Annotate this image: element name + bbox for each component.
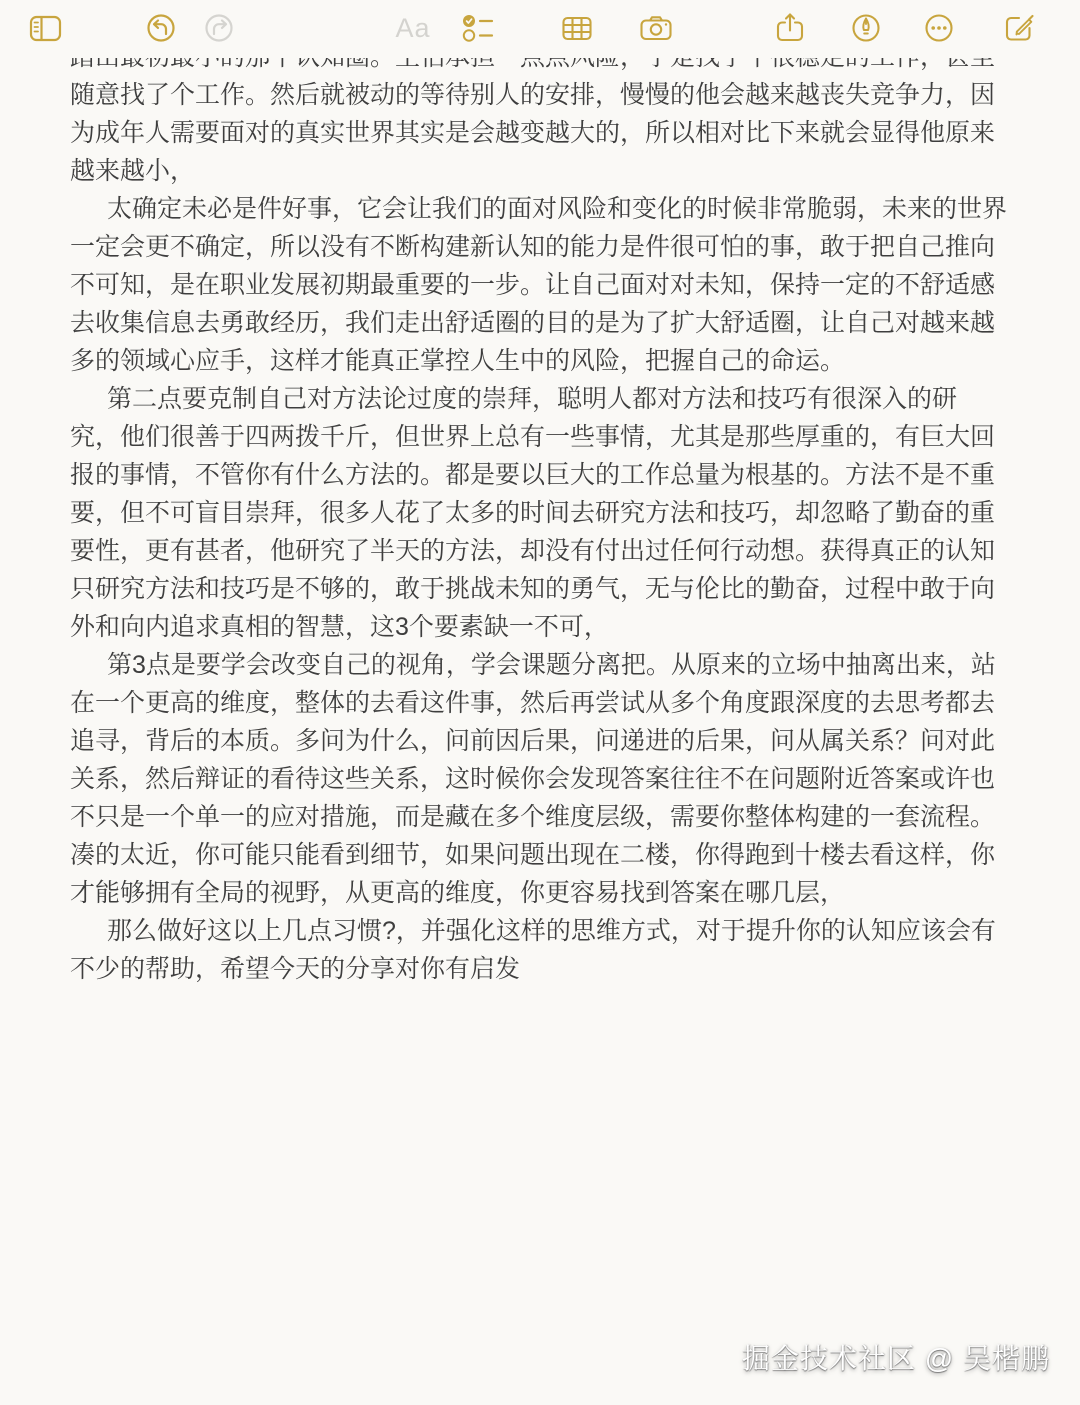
note-text-line: 才能够拥有全局的视野，从更高的维度，你更容易找到答案在哪几层， bbox=[70, 874, 1010, 912]
sidebar-toggle-button[interactable] bbox=[26, 9, 64, 47]
undo-icon bbox=[142, 9, 180, 47]
notes-toolbar: Aa bbox=[0, 0, 1080, 58]
text-format-button[interactable]: Aa bbox=[385, 9, 441, 47]
note-text-line: 在一个更高的维度，整体的去看这件事，然后再尝试从多个角度跟深度的去思考都去 bbox=[70, 684, 1010, 722]
note-text-line: 要，但不可盲目崇拜，很多人花了太多的时间去研究方法和技巧，却忽略了勤奋的重 bbox=[70, 494, 1010, 532]
note-text-line: 那么做好这以上几点习惯?，并强化这样的思维方式，对于提升你的认知应该会有 bbox=[70, 912, 1010, 950]
note-text-line: 太确定未必是件好事，它会让我们的面对风险和变化的时候非常脆弱，未来的世界 bbox=[70, 190, 1010, 228]
note-text-line: 报的事情，不管你有什么方法的。都是要以巨大的工作总量为根基的。方法不是不重 bbox=[70, 456, 1010, 494]
share-icon bbox=[771, 9, 809, 47]
share-button[interactable] bbox=[771, 9, 809, 47]
note-text-line: 第二点要克制自己对方法论过度的崇拜，聪明人都对方法和技巧有很深入的研 bbox=[70, 380, 1010, 418]
note-text-line: 多的领域心应手，这样才能真正掌控人生中的风险，把握自己的命运。 bbox=[70, 342, 1010, 380]
note-text-line: 不只是一个单一的应对措施，而是藏在多个维度层级，需要你整体构建的一套流程。 bbox=[70, 798, 1010, 836]
note-text-line: 越来越小， bbox=[70, 152, 1010, 190]
redo-icon bbox=[200, 9, 238, 47]
redo-button[interactable] bbox=[200, 9, 238, 47]
camera-button[interactable] bbox=[637, 9, 675, 47]
text-format-label: Aa bbox=[395, 9, 430, 47]
markup-button[interactable] bbox=[847, 9, 885, 47]
note-text-line: 追寻，背后的本质。多问为什么，问前因后果，问递进的后果，问从属关系？问对此 bbox=[70, 722, 1010, 760]
table-button[interactable] bbox=[558, 9, 596, 47]
note-text-line: 只研究方法和技巧是不够的，敢于挑战未知的勇气，无与伦比的勤奋，过程中敢于向 bbox=[70, 570, 1010, 608]
note-text-line: 第3点是要学会改变自己的视角，学会课题分离把。从原来的立场中抽离出来，站 bbox=[70, 646, 1010, 684]
note-text-line: 为成年人需要面对的真实世界其实是会越变越大的，所以相对比下来就会显得他原来 bbox=[70, 114, 1010, 152]
compose-button[interactable] bbox=[999, 9, 1037, 47]
note-text-line: 不可知，是在职业发展初期最重要的一步。让自己面对对未知，保持一定的不舒适感 bbox=[70, 266, 1010, 304]
checklist-icon bbox=[459, 9, 497, 47]
note-text-line: 外和向内追求真相的智慧，这3个要素缺一不可， bbox=[70, 608, 1010, 646]
note-body: 踏出最初最小的那个认知圈。生怕承担一点点风险，于是找了个很稳定的工作，甚至随意找… bbox=[70, 58, 1010, 988]
note-text-line: 踏出最初最小的那个认知圈。生怕承担一点点风险，于是找了个很稳定的工作，甚至 bbox=[70, 58, 1010, 76]
note-text-line: 随意找了个工作。然后就被动的等待别人的安排，慢慢的他会越来越丧失竞争力，因 bbox=[70, 76, 1010, 114]
camera-icon bbox=[637, 9, 675, 47]
note-text-line: 不少的帮助，希望今天的分享对你有启发 bbox=[70, 950, 1010, 988]
ellipsis-icon bbox=[920, 9, 958, 47]
note-text-line: 关系，然后辩证的看待这些关系，这时候你会发现答案往往不在问题附近答案或许也 bbox=[70, 760, 1010, 798]
undo-button[interactable] bbox=[142, 9, 180, 47]
note-text-line: 究，他们很善于四两拨千斤，但世界上总有一些事情，尤其是那些厚重的，有巨大回 bbox=[70, 418, 1010, 456]
compose-icon bbox=[999, 9, 1037, 47]
watermark: 掘金技术社区 @ 吴楷鹏 bbox=[742, 1337, 1050, 1377]
more-options-button[interactable] bbox=[920, 9, 958, 47]
note-text-line: 要性，更有甚者，他研究了半天的方法，却没有付出过任何行动想。获得真正的认知 bbox=[70, 532, 1010, 570]
note-text-line: 凑的太近，你可能只能看到细节，如果问题出现在二楼，你得跑到十楼去看这样，你 bbox=[70, 836, 1010, 874]
markup-icon bbox=[847, 9, 885, 47]
note-text-line: 一定会更不确定，所以没有不断构建新认知的能力是件很可怕的事，敢于把自己推向 bbox=[70, 228, 1010, 266]
checklist-button[interactable] bbox=[459, 9, 497, 47]
table-icon bbox=[558, 9, 596, 47]
sidebar-icon bbox=[26, 9, 64, 47]
note-text-line: 去收集信息去勇敢经历，我们走出舒适圈的目的是为了扩大舒适圈，让自己对越来越 bbox=[70, 304, 1010, 342]
note-editor[interactable]: 踏出最初最小的那个认知圈。生怕承担一点点风险，于是找了个很稳定的工作，甚至随意找… bbox=[0, 58, 1080, 1405]
